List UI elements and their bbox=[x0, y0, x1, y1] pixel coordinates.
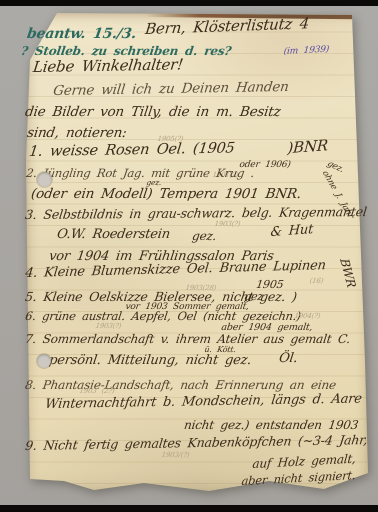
handwritten-text: Winternachtfahrt b. Mondschein, längs d.… bbox=[44, 392, 362, 411]
handwritten-text: Öl. bbox=[278, 352, 298, 365]
reply-date-note: beantw. 15./3. bbox=[26, 27, 137, 41]
letter-text-layer: beantw. 15./3.Bern, Klösterlistutz 4? St… bbox=[0, 0, 378, 512]
salutation: Liebe Winkelhalter! bbox=[32, 57, 184, 75]
handwritten-text: aber nicht signiert. bbox=[241, 470, 356, 488]
handwritten-text: nicht gez.) entstanden 1903 bbox=[183, 419, 359, 431]
handwritten-text: auf Holz gemalt, bbox=[252, 453, 356, 470]
punch-hole-bottom bbox=[37, 354, 51, 368]
handwritten-text: die Bilder von Tilly, die in m. Besitz bbox=[24, 106, 281, 120]
scanned-letter-canvas: beantw. 15./3.Bern, Klösterlistutz 4? St… bbox=[0, 0, 378, 512]
scan-border-bottom bbox=[0, 505, 378, 512]
handwritten-text: (oder ein Modell) Tempera 1901 BNR. bbox=[30, 188, 302, 202]
handwritten-text: gez bbox=[243, 291, 263, 302]
handwritten-text: Gerne will ich zu Deinen Handen bbox=[52, 81, 289, 99]
margin-monogram: BWR bbox=[338, 258, 358, 288]
handwritten-text: 1903/(?) bbox=[161, 452, 190, 459]
list-item-2: 2. Jüngling Rot Jag. mit grüne Krug . bbox=[25, 168, 255, 180]
handwritten-text: gez. bbox=[191, 230, 217, 242]
year-annotation: (im 1939) bbox=[283, 46, 329, 57]
list-item-9: 9. Nicht fertig gemaltes Knabenköpfchen … bbox=[24, 434, 368, 453]
list-item-3: 3. Selbstbildnis in grau-schwarz. belg. … bbox=[24, 206, 367, 221]
handwritten-text: 1903(?) bbox=[95, 323, 122, 330]
handwritten-text: 1903 (2?) bbox=[79, 388, 115, 395]
handwritten-text: sind, notieren: bbox=[26, 127, 127, 141]
address-line: Bern, Klösterlistutz 4 bbox=[144, 16, 309, 37]
scan-border-top bbox=[0, 0, 378, 6]
handwritten-text: & Hut bbox=[270, 223, 313, 239]
handwritten-text: (16) bbox=[309, 278, 324, 285]
list-item-1: 1. weisse Rosen Oel. (1905 bbox=[28, 141, 235, 159]
handwritten-text: 1903(?) bbox=[214, 221, 241, 228]
handwritten-text: 1904(?) bbox=[294, 313, 321, 320]
handwritten-text: )BNR bbox=[287, 138, 328, 156]
handwritten-text: persönl. Mitteilung, nicht gez. bbox=[48, 354, 252, 367]
list-item-6: 6. grüne austral. Aepfel, Oel (nicht gez… bbox=[24, 311, 301, 323]
handwritten-text: O.W. Roederstein bbox=[56, 228, 171, 241]
blue-annotation: ? Stolleb. zu schreiben d. res? bbox=[20, 45, 232, 57]
list-item-7: 7. Sommerlandschaft v. ihrem Atelier aus… bbox=[24, 333, 351, 345]
list-item-8: 8. Phantasie-Landschaft, nach Erinnerung… bbox=[24, 379, 337, 391]
punch-hole-top bbox=[37, 172, 52, 187]
